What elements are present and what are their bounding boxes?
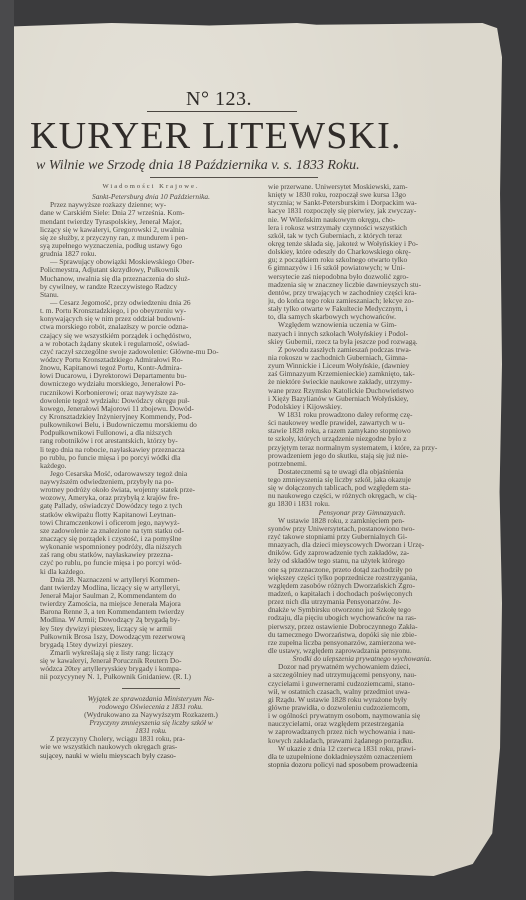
text-line: nii pozycyyney N. 1, Pułkownik Gnidaniew… (40, 673, 262, 681)
text-line: potrzebnemi. (268, 460, 456, 468)
text-line: każdego. (40, 462, 262, 470)
text-line: Przez naywyższe rozkazy dzienne; wy- (40, 201, 262, 209)
text-line: ści naukowey wedle prawideł, zawartych w… (268, 419, 456, 427)
text-line: brygadą 15tey dywizyi pieszey. (40, 641, 262, 649)
text-line: łowi Ducarowu, i Dyrektorowi Departament… (40, 372, 262, 380)
text-line: Zmarli wykreślają się z listy rang: licz… (40, 649, 262, 657)
text-line: wie we wszystkich naukowych okręgach gra… (40, 743, 262, 751)
text-line: t. m. Portu Kronsztadzkiego, i po obeyrz… (40, 307, 262, 315)
text-line: Policmeystra, Adjutant skrzydłowy, Pułko… (40, 266, 262, 274)
text-line: konywających się w nim przez oddział bud… (40, 315, 262, 323)
text-line: by cywilney, w randze Rzeczywistego Radz… (40, 283, 262, 291)
text-line: pułkownikowi Belu, i Budowniczemu morski… (40, 421, 262, 429)
text-line: nazyach i innych szkołach Wołyńskiey i P… (268, 330, 456, 338)
text-line: naywyższém odwiedzeniem, przybyły na po- (40, 478, 262, 486)
text-line: Pułkownik Brosa 1szy, Dowodzącym rezerwo… (40, 633, 262, 641)
text-line: Z przyczyny Cholery, wciągu 1831 roku, p… (40, 735, 262, 743)
text-line: pierwszy, przez ostawienie Dobroczynnego… (268, 623, 456, 631)
text-line: te szkoły, których urządzenie niezgodne … (268, 435, 456, 443)
text-line: wozowy, Ameryka, oraz przybyłą z krajów … (40, 494, 262, 502)
text-line: gi Rządu. W ustawie 1828 roku wyrażone b… (268, 696, 456, 704)
text-line: nia rokoszu w zachodnich Guberniach, Gim… (268, 354, 456, 362)
text-line: rucznikowi Korbonierowi; oraz naywyższe … (40, 389, 262, 397)
left-column: Wiadomości Krajowe. Sankt-Petersburg dni… (40, 183, 262, 760)
text-line: ki dla każdego. (40, 568, 262, 576)
text-line: szkół, tak w tych Guberniach, z których … (268, 232, 456, 240)
text-line: W 1831 roku prowadzono daley reformę czę… (268, 411, 456, 419)
text-line: Podpułkownikowi Fullonowi, a dla niższyc… (40, 429, 262, 437)
text-line: skiey Gubernii, rzecz ta była jeszcze po… (268, 338, 456, 346)
text-line: — Sprawujący obowiązki Moskiewskiego Obe… (40, 258, 262, 266)
text-line: w zaprowadzanych przez nich wychowania i… (268, 728, 456, 736)
text-line: dant twierdzy Modlina, liczący się w art… (40, 584, 262, 592)
section-separator (122, 688, 180, 689)
text-line: Dnia 28. Naznaczeni w artylleryi Kommen- (40, 576, 262, 584)
text-line: że niektóre świeckie naukowe zakłady, ut… (268, 378, 456, 386)
text-line: przez nich dla utrzymania Pensyonarzów. … (268, 598, 456, 606)
text-line: dle ustawy, względem zaprowadzania pensy… (268, 647, 456, 655)
text-line: nu naukowego części, w różnych okręgach,… (268, 492, 456, 500)
text-line: tego zmnieyszenia się liczby szkół, jaka… (268, 476, 456, 484)
text-line: žnowu, Kapitanowi tegoż Portu, Kontr-Adm… (40, 364, 262, 372)
text-line: czyć raczył szczególne swoje zadowolenie… (40, 348, 262, 356)
text-line: rang robotników i rot arestantskich, któ… (40, 437, 262, 445)
text-line: mnazyach, dla dzieci mieyscowych Dworzan… (268, 541, 456, 549)
text-line: rodzaju, dla pięciu ubogich wychowańców … (268, 614, 456, 622)
text-line: Jego Cesarska Mość, odarowawszy tegoż dn… (40, 470, 262, 478)
text-line: gu 1830 i 1831 roku. (268, 500, 456, 508)
text-line: Względem wznowienia uczenia w Gim- (268, 321, 456, 329)
text-line: zaś rang obu statków, nayłaskawiey przez… (40, 551, 262, 559)
text-line: rze zupełna liczba pensyonarzów, zamierz… (268, 639, 456, 647)
text-line: dników. Gdy zaprowadzenie tych zakładów,… (268, 549, 456, 557)
text-line: względem zasobów różnych Dworzańskich Zg… (268, 582, 456, 590)
text-line: stawie 1828 roku, a razem zamykano stopn… (268, 427, 456, 435)
subsection-heading: Pensyonar przy Gimnazyach. (268, 509, 456, 517)
text-line: W ukazie z dnia 12 czerwca 1831 roku, pr… (268, 745, 456, 753)
text-line: — Cesarz Jegomość, przy odwiedzeniu dnia… (40, 299, 262, 307)
text-line: zyum Winnickie i Liceum Wołyńskie, (dawn… (268, 362, 456, 370)
text-line: kacye 1831 rozpoczęły się pierwiey, jak … (268, 207, 456, 215)
masthead-rule-bottom (150, 177, 318, 178)
dateline: w Wilnie we Srzodę dnia 18 Października … (36, 158, 360, 174)
text-line: po rublu, po funcie mięsa i po porcyi wó… (40, 454, 262, 462)
text-line: one są przeznaczone, przeto dotąd zachod… (268, 566, 456, 574)
text-line: dane w Carskiém Siele: Dnia 27 września.… (40, 209, 262, 217)
extract-heading-line: 1831 roku. (40, 727, 262, 735)
text-line: i Xięży Bazylianów w Guberniach Wołyński… (268, 395, 456, 403)
scanner-background-strip (0, 0, 14, 900)
extract-heading-line: rodowego Oświecenia z 1831 roku. (40, 703, 262, 711)
text-line: Jenerał Major Saulman 2, Kommendantem do (40, 592, 262, 600)
text-line: wykonanie wspomnioney podróży, dla niższ… (40, 543, 262, 551)
text-line: sującey, nauki w wielu mieyscach były cz… (40, 752, 262, 760)
subsection-heading: Środki do ulepszenia prywatnego wychowan… (268, 655, 456, 663)
text-line: wane przez Rzymsko Katolickie Duchowieńs… (268, 387, 456, 395)
text-line: wił, w ostatnich czasach, walny przedmio… (268, 688, 456, 696)
text-line: towi Chramczenkowi i oficerom jego, nayw… (40, 519, 262, 527)
text-line: Stanu. (40, 291, 262, 299)
newspaper-title: KURYER LITEWSKI. (30, 114, 410, 158)
text-line: Z powodu zaszłych zamieszań podczas trwa… (268, 346, 456, 354)
extract-heading-line: Przyczyny zmnieyszenia się liczby szkół … (40, 719, 262, 727)
text-line: Modlina. W Armii; Dowodzący 2ą brygadą b… (40, 616, 262, 624)
text-line: stały tylko otwarte w Fakultecie Medyczn… (268, 305, 456, 313)
masthead-rule-top (147, 111, 297, 112)
text-line: większey części tylko poprzednicze rozst… (268, 574, 456, 582)
text-line: dolskiey, które odeszły do Charkowskiego… (268, 248, 456, 256)
right-column: wie przerwane. Uniwersytet Moskiewski, z… (268, 183, 456, 769)
text-line: wrotney podróży około świata, wojenny st… (40, 486, 262, 494)
text-line: dła te uzupełnione dokładnieyszém oznacz… (268, 753, 456, 761)
text-line: madzeń, o kapitałach i dochodach poświęc… (268, 590, 456, 598)
text-line: nie. W Wileńskim naukowym okręgu, cho- (268, 216, 456, 224)
text-line: nauczycielami, oraz względem przestrzega… (268, 720, 456, 728)
text-line: twierdzy Zamościa, na miejsce Jenerała M… (40, 600, 262, 608)
text-line: Dostatecznemi są te uwagi dla objaśnieni… (268, 468, 456, 476)
text-line: i w ogólności prywatnym osobom, naymowan… (268, 712, 456, 720)
text-line: leży od składów tego stanu, na użytek kt… (268, 557, 456, 565)
text-line: a szczególniey nad utrzymującemi pensyon… (268, 671, 456, 679)
extract-heading-line: Wyjątek ze sprawozdania Ministeryum Na- (40, 695, 262, 703)
text-line: a w robotach żądany skutek i regularność… (40, 340, 262, 348)
text-line: czający się we wszystkiém porządek i och… (40, 332, 262, 340)
text-line: gatę Pallady, oświadczyć Dowódzcy tego z… (40, 502, 262, 510)
text-line: przyjętym teraz normalnym systematem, i … (268, 444, 456, 452)
text-line: stopnia dozoru policyi nad sposobem prow… (268, 761, 456, 769)
text-line: kowego, Jenerałowi Majorowi 11 zbojewu. … (40, 405, 262, 413)
text-line: gu; z początkiem roku szkolnego otwarto … (268, 256, 456, 264)
text-line: statków ekwipażu flotty Kapitanowi Leytn… (40, 511, 262, 519)
text-line: prowadzeniem jego do skutku, stają się j… (268, 452, 456, 460)
text-line: grudnia 1827 roku. (40, 250, 262, 258)
text-line: Barona Renne 3, a ten Kommendantem twier… (40, 608, 262, 616)
text-line: się ze służby, z przyczyny ran, z mundur… (40, 234, 262, 242)
section-heading: Wiadomości Krajowe. (40, 183, 262, 191)
text-line: dnakże w Symbirsku otworzono już Szkołę … (268, 606, 456, 614)
text-line: Muchanow, uwalnia się dla przeznaczenia … (40, 275, 262, 283)
text-line: syą zupełnego wyznaczenia, podług ustawy… (40, 242, 262, 250)
article-dateline: Sankt-Petersburg dnia 10 Października. (40, 193, 262, 201)
text-line: sze zadowolenie za znalezione na tym sta… (40, 527, 262, 535)
text-line: główne prawidła, o dozwoleniu cudzoziemc… (268, 704, 456, 712)
extract-heading-line: (Wydrukowano za Naywyższym Rozkazem.) (40, 711, 262, 719)
text-line: ju, do końca tego roku zamieszaniach; le… (268, 297, 456, 305)
text-line: Podolskiey i Kijowskiey. (268, 403, 456, 411)
text-line: czyć po rublu, po funcie mięsa i po porc… (40, 559, 262, 567)
text-line: się w dołączonych tablicach, pod względe… (268, 484, 456, 492)
text-line: kowych zakładach, prawami żądanego porzą… (268, 737, 456, 745)
text-line: syonów przy Uniwersytetach, postanowiono… (268, 525, 456, 533)
text-line: rzyć takowe stopniami przy Gubernialnych… (268, 533, 456, 541)
text-line: okręg tenże składa się, jakoteż w Wołyńs… (268, 240, 456, 248)
text-line: knięty w 1830 roku, rozpoczął swe kursa … (268, 191, 456, 199)
text-line: dowolenie tegoż wydziału: Dowódzcy okręg… (40, 397, 262, 405)
text-line: zaś Gimnazyum Krzemienieckie) zamknięto,… (268, 370, 456, 378)
text-line: liczący się w kawaleryi, Gregorowski 2, … (40, 226, 262, 234)
text-line: dentów, przy trwających w zachodniey czę… (268, 289, 456, 297)
issue-number: N° 123. (186, 88, 252, 111)
text-line: wódzcy Portu Kronsztadzkiego Admirałowi … (40, 356, 262, 364)
text-line: wie przerwane. Uniwersytet Moskiewski, z… (268, 183, 456, 191)
text-line: znaczący się porządek i czystość, i za p… (40, 535, 262, 543)
text-line: li tego dnia na robocie, nayłaskawiey pr… (40, 446, 262, 454)
text-line: wódzca 20tey artylleryyskiey brygady i k… (40, 665, 262, 673)
text-line: łey 5tey dywizyi pieszey, liczący się w … (40, 625, 262, 633)
text-line: czycielami i guwernerami cudzoziemcami, … (268, 680, 456, 688)
text-line: du tamecznego Dworzaństwa, dopóki się ni… (268, 631, 456, 639)
text-line: Dozor nad prywatném wychowaniem dzieci, (268, 663, 456, 671)
text-line: stycznia; w Sankt-Petersburskim i Dorpac… (268, 199, 456, 207)
text-line: się w kawaleryi, Jenerał Porucznik Reute… (40, 657, 262, 665)
text-line: to, dla samych skarbowych wychowańców. (268, 313, 456, 321)
text-line: ctwa morskiego robót, znalazłszy w porci… (40, 323, 262, 331)
text-line: cy Kronsztadzkiey Inżynieryjney Kommendy… (40, 413, 262, 421)
text-line: madzenia się w znaczney liczbie dawnieys… (268, 281, 456, 289)
text-line: mendant twierdzy Tyraspolskiey, Jenerał … (40, 218, 262, 226)
text-line: downiczego wydziału morskiego, Jenerałow… (40, 380, 262, 388)
text-line: W ustawie 1828 roku, z zamknięciem pen- (268, 517, 456, 525)
text-line: lera i rokosz wstrzymały czynności wszys… (268, 224, 456, 232)
text-line: wersytecie zaś niepodobna było dozwolić … (268, 273, 456, 281)
text-line: 6 gimnazyów i 16 szkół powiatowych; w Un… (268, 264, 456, 272)
